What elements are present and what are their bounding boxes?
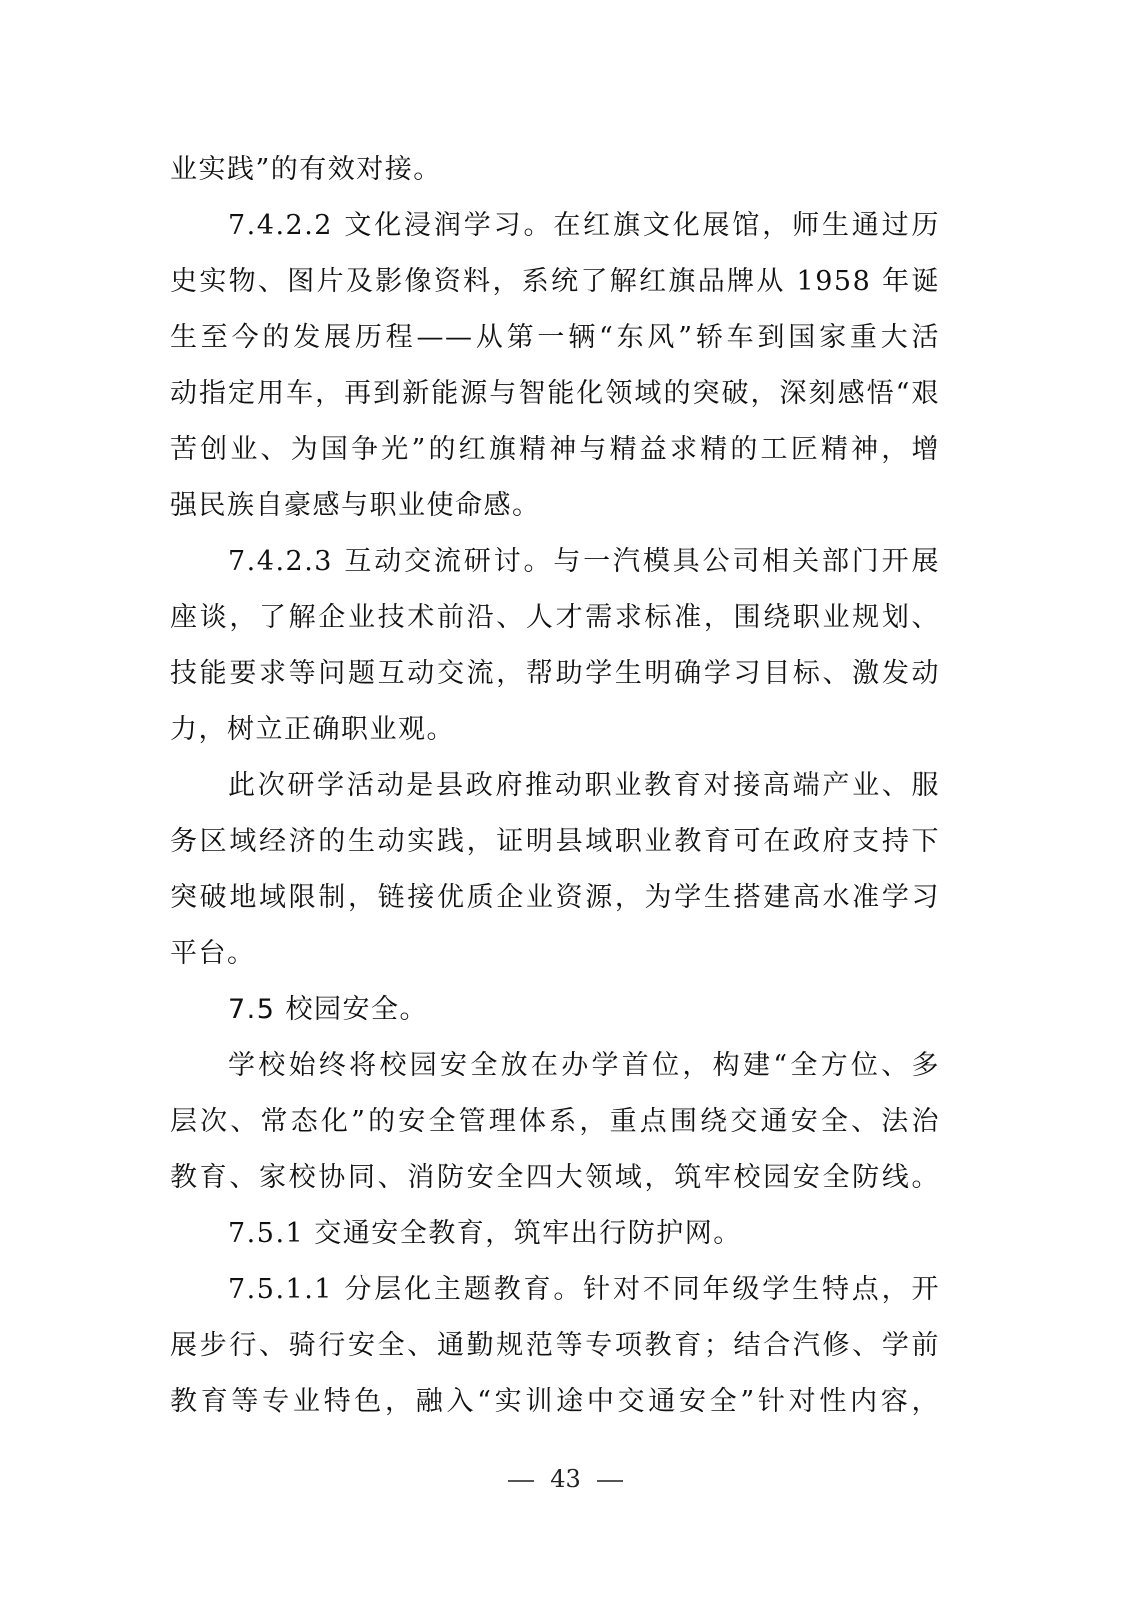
paragraph-line: 展步行、骑行安全、通勤规范等专项教育；结合汽修、学前 — [170, 1326, 940, 1366]
paragraph-line: 平台。 — [170, 934, 940, 974]
paragraph-line: 学校始终将校园安全放在办学首位，构建“全方位、多 — [228, 1046, 940, 1086]
section-7-4-2-2-line: 7.4.2.2 文化浸润学习。在红旗文化展馆，师生通过历 — [228, 206, 940, 246]
document-page: 业实践”的有效对接。 7.4.2.2 文化浸润学习。在红旗文化展馆，师生通过历 … — [0, 0, 1131, 1600]
paragraph-line: 业实践”的有效对接。 — [170, 150, 940, 190]
paragraph-line: 强民族自豪感与职业使命感。 — [170, 486, 940, 526]
paragraph-line: 座谈，了解企业技术前沿、人才需求标准，围绕职业规划、 — [170, 598, 940, 638]
paragraph-line: 生至今的发展历程——从第一辆“东风”轿车到国家重大活 — [170, 318, 940, 358]
paragraph-line: 技能要求等问题互动交流，帮助学生明确学习目标、激发动 — [170, 654, 940, 694]
paragraph-line: 史实物、图片及影像资料，系统了解红旗品牌从 1958 年诞 — [170, 262, 940, 302]
page-footer: 43 — [0, 1462, 1131, 1496]
paragraph-line: 层次、常态化”的安全管理体系，重点围绕交通安全、法治 — [170, 1102, 940, 1142]
dash-right — [597, 1480, 623, 1482]
paragraph-line: 教育等专业特色，融入“实训途中交通安全”针对性内容， — [170, 1382, 940, 1422]
page-number: 43 — [550, 1465, 581, 1493]
section-7-4-2-3-line: 7.4.2.3 互动交流研讨。与一汽模具公司相关部门开展 — [228, 542, 940, 582]
paragraph-line: 教育、家校协同、消防安全四大领域，筑牢校园安全防线。 — [170, 1158, 940, 1198]
paragraph-line: 苦创业、为国争光”的红旗精神与精益求精的工匠精神，增 — [170, 430, 940, 470]
paragraph-line: 此次研学活动是县政府推动职业教育对接高端产业、服 — [228, 766, 940, 806]
paragraph-line: 务区域经济的生动实践，证明县域职业教育可在政府支持下 — [170, 822, 940, 862]
dash-left — [508, 1480, 534, 1482]
section-7-5-1-line: 7.5.1 交通安全教育，筑牢出行防护网。 — [228, 1214, 940, 1254]
section-heading-7-5: 7.5 校园安全。 — [228, 990, 940, 1030]
paragraph-line: 动指定用车，再到新能源与智能化领域的突破，深刻感悟“艰 — [170, 374, 940, 414]
paragraph-line: 突破地域限制，链接优质企业资源，为学生搭建高水准学习 — [170, 878, 940, 918]
section-7-5-1-1-line: 7.5.1.1 分层化主题教育。针对不同年级学生特点，开 — [228, 1270, 940, 1310]
paragraph-line: 力，树立正确职业观。 — [170, 710, 940, 750]
